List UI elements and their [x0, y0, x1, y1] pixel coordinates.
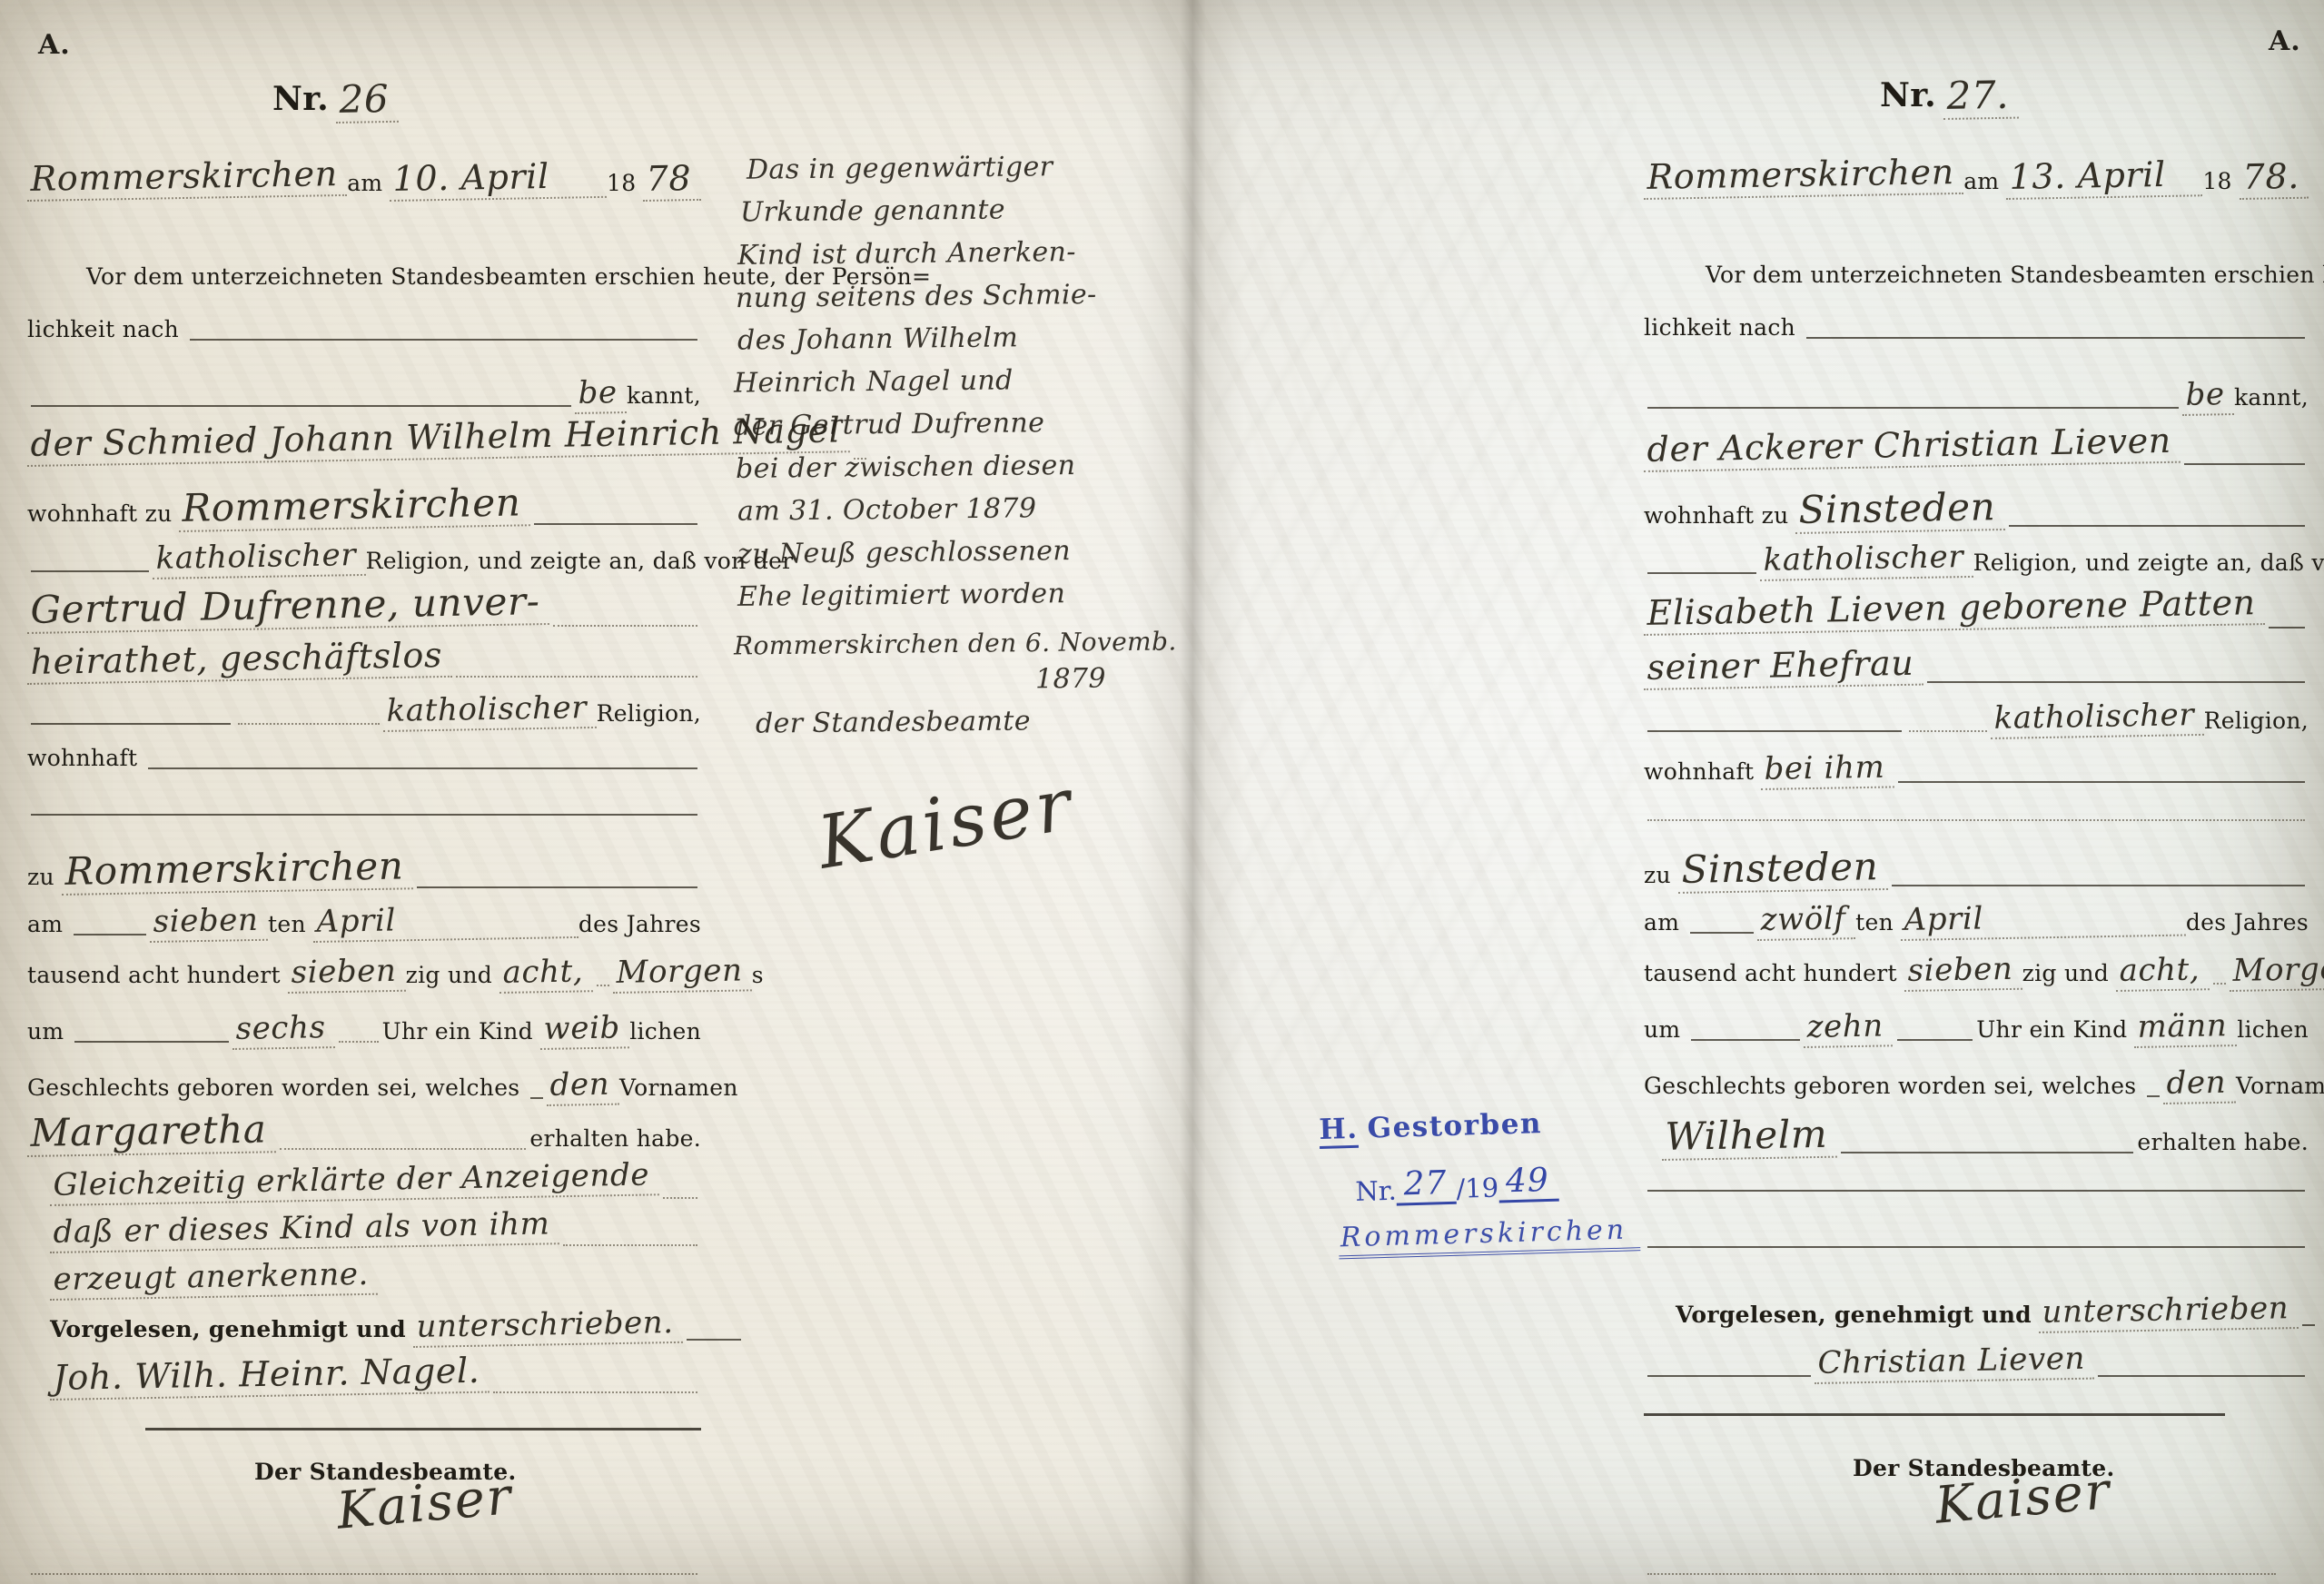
blank-line [2213, 974, 2226, 985]
registrar-signature: Kaiser [331, 1470, 524, 1541]
blank-line [493, 1382, 697, 1393]
blank-row-right-3 [1644, 1237, 2309, 1255]
stamp-year-value: 49 [1498, 1162, 1558, 1203]
am-label: am [347, 170, 390, 202]
ten-label: ten [1855, 909, 1901, 941]
vorgelesen-label: Vorgelesen, genehmigt und [50, 1316, 413, 1348]
wohnhaft-zu-label: wohnhaft zu [1644, 502, 1795, 534]
record-number-value: 27. [1943, 75, 2018, 121]
wohnhaft-value: bei ihm [1761, 751, 1894, 789]
religion-value: katholischer [1990, 699, 2203, 739]
blank-segment [1647, 563, 1756, 574]
mother-row-1-left: Gertrud Dufrenne, unver- [27, 590, 701, 634]
blank-line [1892, 876, 2305, 886]
declarant-row-left: der Schmied Johann Wilhelm Heinrich Nage… [27, 427, 701, 467]
s-suffix-label: s [752, 962, 764, 994]
uhr-label: Uhr ein Kind [1976, 1016, 2134, 1048]
year-handwritten: 78 [643, 161, 701, 202]
des-jahres-label: des Jahres [2186, 909, 2309, 941]
zu-label: zu [1644, 862, 1678, 894]
wohnhaft-row-right: wohnhaft bei ihm [1644, 754, 2309, 790]
blank-line [663, 1188, 697, 1199]
vornamen-label: Vornamen [2236, 1073, 2324, 1104]
mother-row-2-right: seiner Ehefrau [1644, 650, 2309, 690]
tausend-label: tausend acht hundert [1644, 960, 1904, 992]
bekannt-handwritten: be [2181, 379, 2234, 416]
stamp-place: Rommerskirchen [1338, 1213, 1640, 1259]
blank-line [534, 514, 697, 525]
religion-row-2-left: katholischer Religion, [27, 696, 701, 732]
margin-note-line: zu Neuß geschlossenen [737, 535, 1071, 570]
place-date-row-right: Rommerskirchen am 13. April 18 78. [1644, 160, 2309, 200]
margin-note-line: Heinrich Nagel und [734, 364, 1014, 399]
religion-value: katholischer [382, 692, 596, 732]
religion-row-1-left: katholischer Religion, und zeigte an, da… [27, 543, 701, 579]
margin-note-signedby: der Standesbeamte [756, 705, 1031, 739]
birth-month: April [1900, 900, 2185, 941]
blank-line [2269, 618, 2305, 629]
religion-printed: Religion, und zeigte an, daß von der [1973, 549, 2324, 581]
religion-printed: Religion, und zeigte an, daß von der [366, 548, 794, 579]
mother-name: Gertrud Dufrenne, unver- [26, 581, 549, 634]
register-spread: A. Nr. 26 Rommerskirchen am 10. April 18… [0, 0, 2324, 1584]
article-value: den [2163, 1067, 2236, 1104]
year-printed: 18 [607, 170, 643, 202]
registry-date: 10. April [390, 158, 607, 202]
child-name: Wilhelm [1661, 1114, 1836, 1161]
margin-note-line: des Johann Wilhelm [737, 322, 1019, 356]
intro-line-2-left: lichkeit nach [27, 316, 701, 348]
blank-line [280, 1139, 526, 1150]
blank-line [2147, 1086, 2160, 1097]
unterschrieben-value: unterschrieben. [412, 1307, 683, 1348]
intro-line-1-right: Vor dem unterzeichneten Standesbeamten e… [1706, 262, 2324, 293]
residence-row-left: wohnhaft zu Rommerskirchen [27, 489, 701, 532]
blank-line [1898, 772, 2305, 783]
registrar-signature-row-right: Kaiser [1934, 1480, 2123, 1536]
record-number-row-right: Nr. 27. [1880, 76, 2116, 120]
birth-hour: zehn [1804, 1010, 1894, 1047]
kannt-label: kannt, [627, 382, 701, 414]
lichen-label: lichen [629, 1018, 701, 1050]
religion-row-2-right: katholischer Religion, [1644, 703, 2309, 739]
religion-printed: Religion, [597, 700, 701, 732]
declarant-signature: Christian Lieven [1814, 1343, 2094, 1384]
birthday-row-right: am zwölf ten April des Jahres [1644, 905, 2309, 941]
wohnhaft-row-left: wohnhaft [27, 745, 701, 777]
year-decade: sieben [287, 955, 406, 994]
place-date-row-left: Rommerskirchen am 10. April 18 78 [27, 162, 701, 202]
blank-line [2184, 454, 2305, 465]
uhr-label: Uhr ein Kind [382, 1018, 540, 1050]
gender-row-right: Geschlechts geboren worden sei, welches … [1644, 1068, 2309, 1104]
blank-line [1927, 672, 2305, 683]
geschlechts-label: Geschlechts geboren worden sei, welches [1644, 1073, 2143, 1104]
margin-note-year: 1879 [1035, 663, 1106, 696]
hour-row-right: um zehn Uhr ein Kind männ lichen [1644, 1012, 2309, 1048]
blank-line [597, 975, 609, 986]
am-label: am [1644, 909, 1686, 941]
registry-place: Rommerskirchen [1643, 154, 1963, 200]
declarant-signature: Joh. Wilh. Heinr. Nagel. [49, 1353, 490, 1401]
blank-segment [74, 925, 146, 936]
ack-line-1: Gleichzeitig erklärte der Anzeigende [49, 1159, 658, 1205]
erhalten-label: erhalten habe. [2137, 1129, 2309, 1161]
birthplace-row-left: zu Rommerskirchen [27, 852, 701, 896]
blank-row-right [1644, 810, 2309, 828]
intro-line-2-right: lichkeit nach [1644, 314, 2309, 346]
blank-segment [1647, 721, 1902, 732]
blank-line [1806, 328, 2305, 339]
blank-line [1909, 721, 1987, 732]
religion-row-1-right: katholischer Religion, und zeigte an, da… [1644, 545, 2309, 581]
blank-segment [1690, 923, 1754, 934]
blank-line [1647, 1181, 2305, 1192]
birthyear-row-right: tausend acht hundert sieben zig und acht… [1644, 955, 2309, 992]
bekannt-row-right: be kannt, [1644, 380, 2309, 416]
vornamen-label: Vornamen [619, 1074, 738, 1106]
blank-segment [31, 561, 149, 572]
des-jahres-label: des Jahres [579, 911, 701, 943]
ack-row-2: daß er dieses Kind als von ihm [50, 1217, 701, 1253]
religion-printed: Religion, [2204, 708, 2309, 739]
unterschrieben-value: unterschrieben [2038, 1292, 2298, 1333]
death-reference-stamp: H.Gestorben Nr. 27 /19 49 Rommerskirchen [1319, 1104, 1641, 1260]
divider-rule-left [145, 1428, 701, 1431]
page-letter-left: A. [38, 29, 71, 61]
daytime: Morgen [612, 955, 752, 993]
registrar-signature: Kaiser [1930, 1464, 2122, 1536]
divider-rule-right [1644, 1413, 2225, 1416]
blank-line [553, 616, 697, 627]
declarant-name: der Schmied Johann Wilhelm Heinrich Nage… [26, 412, 850, 467]
blank-line [2098, 1366, 2305, 1377]
daytime: Morgen [2229, 953, 2324, 991]
blank-segment [1691, 1030, 1800, 1041]
declarant-signature-row-right: Christian Lieven [1644, 1348, 2309, 1384]
hour-row-left: um sechs Uhr ein Kind weib lichen [27, 1014, 701, 1050]
birthplace-value: Rommerskirchen [61, 846, 413, 896]
blank-line [31, 1564, 697, 1575]
tausend-label: tausend acht hundert [27, 962, 288, 994]
margin-note-line: bei der zwischen diesen [736, 450, 1076, 485]
mother-name: Elisabeth Lieven geborene Patten [1643, 585, 2265, 636]
um-label: um [27, 1018, 71, 1050]
margin-note-line: der Gertrud Dufrenne [734, 407, 1045, 442]
mother-status: seiner Ehefrau [1643, 646, 1923, 690]
child-name: Margaretha [26, 1109, 276, 1157]
blank-line [1647, 1564, 2276, 1575]
um-label: um [1644, 1016, 1687, 1048]
stamp-prefix: H. [1319, 1113, 1359, 1149]
year-decade: sieben [1904, 954, 2022, 992]
mother-row-2-left: heirathet, geschäftslos [27, 645, 701, 685]
stamp-nr-value: 27 [1396, 1164, 1457, 1206]
declarant-signature-row-left: Joh. Wilh. Heinr. Nagel. [50, 1361, 701, 1401]
blank-line [456, 667, 698, 678]
blank-line [417, 877, 697, 888]
blank-line [31, 805, 697, 816]
intro-text: Vor dem unterzeichneten Standesbeamten e… [1706, 262, 2324, 293]
geschlechts-label: Geschlechts geboren worden sei, welches [27, 1074, 527, 1106]
margin-note-date: Rommerskirchen den 6. Novemb. [734, 626, 1177, 660]
blank-line [238, 714, 380, 725]
registrar-signature-row-left: Kaiser [336, 1486, 525, 1541]
birthplace-row-right: zu Sinsteden [1644, 850, 2309, 894]
bekannt-handwritten: be [574, 377, 627, 414]
religion-value: katholischer [152, 540, 365, 579]
vorgelesen-label: Vorgelesen, genehmigt und [1676, 1302, 2039, 1333]
am-label: am [1963, 168, 2006, 200]
blank-line [1897, 1030, 1973, 1041]
bottom-guide-left [27, 1564, 701, 1582]
bekannt-row-left: be kannt, [27, 378, 701, 414]
birth-hour: sechs [232, 1012, 336, 1050]
blank-row-right-2 [1644, 1181, 2309, 1199]
year-unit: acht, [2115, 954, 2209, 991]
blank-line [190, 330, 697, 341]
residence-value: Sinsteden [1795, 487, 2006, 534]
childname-row-right: Wilhelm erhalten habe. [1662, 1117, 2309, 1161]
zig-und-label: zig und [406, 962, 499, 994]
year-unit: acht, [499, 955, 592, 993]
ten-label: ten [268, 911, 313, 943]
vorgelesen-row-right: Vorgelesen, genehmigt und unterschrieben [1676, 1297, 2309, 1333]
ack-line-2: daß er dieses Kind als von ihm [49, 1208, 559, 1252]
ack-line-3: erzeugt anerkenne. [49, 1259, 378, 1301]
blank-segment [687, 1330, 741, 1341]
religion-value: katholischer [1759, 541, 1973, 581]
birth-day: sieben [150, 905, 269, 943]
blank-line [1647, 810, 2305, 821]
blank-line [1647, 1237, 2305, 1248]
blank-line [148, 758, 697, 769]
wohnhaft-label: wohnhaft [27, 745, 144, 777]
nr-label: Nr. [1880, 76, 1943, 120]
ack-row-3: erzeugt anerkenne. [50, 1264, 504, 1301]
mother-status: heirathet, geschäftslos [26, 638, 451, 685]
page-letter-right: A. [2269, 25, 2301, 57]
blank-row-left [27, 805, 701, 823]
bleed-through-texture [1208, 82, 1635, 1081]
margin-note-line: Ehe legitimiert worden [737, 578, 1066, 613]
blank-line [31, 396, 571, 407]
stamp-line-2: Nr. 27 /19 49 [1355, 1159, 1639, 1207]
margin-note-line: nung seitens des Schmie- [736, 279, 1097, 314]
blank-line [1841, 1143, 2134, 1153]
blank-line [563, 1235, 697, 1246]
gender-row-left: Geschlechts geboren worden sei, welches … [27, 1070, 701, 1106]
birthday-row-left: am sieben ten April des Jahres [27, 906, 701, 943]
wohnhaft-zu-label: wohnhaft zu [27, 500, 179, 532]
year-printed: 18 [2202, 168, 2239, 200]
article-value: den [547, 1069, 619, 1106]
birthplace-value: Sinsteden [1677, 846, 1888, 894]
stamp-word: Gestorben [1367, 1107, 1542, 1144]
margin-note-signature: Kaiser [812, 761, 1080, 885]
birth-month: April [312, 902, 579, 943]
ack-row-1: Gleichzeitig erklärte der Anzeigende [50, 1170, 701, 1206]
registry-place: Rommerskirchen [26, 156, 347, 202]
declarant-row-right: der Ackerer Christian Lieven [1644, 432, 2309, 472]
am-label: am [27, 911, 70, 943]
stamp-nr-label: Nr. [1355, 1175, 1397, 1207]
vorgelesen-row-left: Vorgelesen, genehmigt und unterschrieben… [50, 1312, 701, 1348]
lichen-label: lichen [2237, 1016, 2309, 1048]
wohnhaft-label: wohnhaft [1644, 758, 1761, 790]
lichkeit-nach-label: lichkeit nach [1644, 314, 1803, 346]
margin-note-line: Das in gegenwärtiger [747, 151, 1053, 186]
blank-segment [74, 1032, 229, 1043]
stamp-year-printed: /19 [1456, 1173, 1499, 1204]
birthyear-row-left: tausend acht hundert sieben zig und acht… [27, 957, 701, 994]
zu-label: zu [27, 864, 62, 896]
binding-gutter [1137, 0, 1244, 1584]
stamp-line-1: H.Gestorben [1319, 1104, 1637, 1146]
lichkeit-nach-label: lichkeit nach [27, 316, 186, 348]
gender-value: weib [539, 1012, 629, 1049]
record-number-value: 26 [335, 79, 398, 124]
record-number-row-left: Nr. 26 [272, 80, 509, 124]
blank-line [530, 1088, 543, 1099]
blank-line [2009, 516, 2305, 527]
margin-note-line: Kind ist durch Anerken- [737, 236, 1076, 272]
mother-row-1-right: Elisabeth Lieven geborene Patten [1644, 596, 2309, 636]
bottom-guide-right [1644, 1564, 2279, 1582]
margin-note-line: am 31. October 1879 [737, 492, 1037, 527]
kannt-label: kannt, [2234, 384, 2309, 416]
residence-value: Rommerskirchen [179, 482, 531, 532]
nr-label: Nr. [272, 80, 336, 124]
year-handwritten: 78. [2239, 159, 2309, 200]
blank-line [2302, 1315, 2315, 1326]
margin-note-line: Urkunde genannte [740, 193, 1005, 228]
blank-segment [31, 714, 231, 725]
residence-row-right: wohnhaft zu Sinsteden [1644, 490, 2309, 534]
blank-segment [1647, 1366, 1811, 1377]
zig-und-label: zig und [2022, 960, 2116, 992]
blank-line [339, 1032, 378, 1043]
erhalten-label: erhalten habe. [529, 1125, 701, 1157]
gender-value: männ [2134, 1010, 2237, 1048]
registry-date: 13. April [2006, 156, 2203, 200]
blank-line [1647, 398, 2179, 409]
birth-day: zwölf [1757, 903, 1856, 941]
childname-row-left: Margaretha erhalten habe. [27, 1114, 701, 1157]
declarant-name: der Ackerer Christian Lieven [1643, 423, 2181, 472]
